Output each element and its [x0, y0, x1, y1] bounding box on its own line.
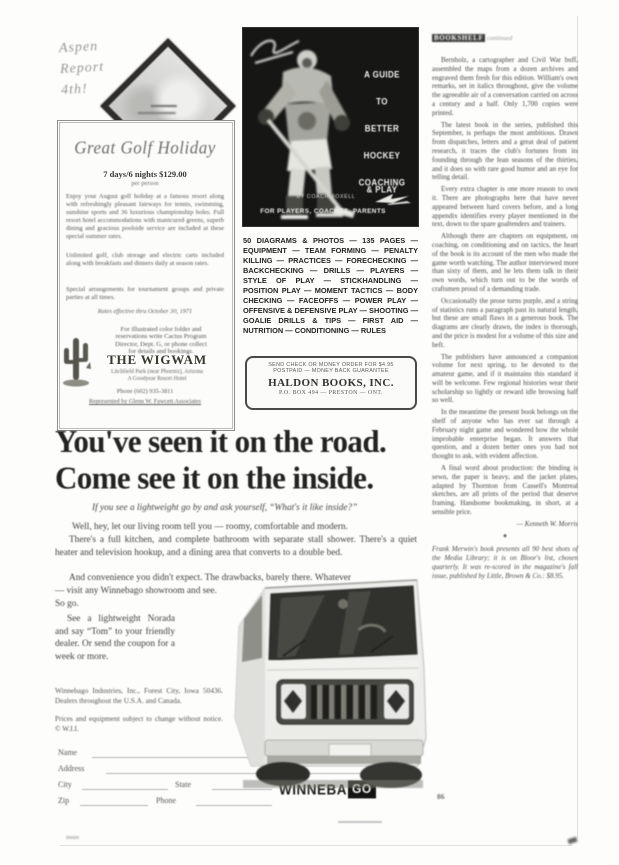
winnebago-paragraph-5: See a lightweight Norada and say “Tom” t…: [55, 613, 175, 663]
golf-ad-headline: Great Golf Holiday: [62, 138, 228, 159]
coupon-zip-rule: [80, 805, 148, 806]
golf-ad-offer: 7 days/6 nights $129.00: [62, 169, 228, 179]
scan-edge-bottom: [60, 845, 572, 846]
golf-contact-line: Director, Dept. G, or phone collect: [96, 341, 226, 348]
wing-emblem-icon: [373, 192, 413, 206]
article-body: Bernholz, a cartographer and Civil War b…: [432, 56, 578, 816]
article-paragraph: Occasionally the prose turns purple, and…: [432, 297, 578, 350]
article-paragraph: The publishers have announced a companio…: [432, 353, 578, 406]
article-paragraph: Every extra chapter is one more reason t…: [432, 185, 578, 229]
article-ornament: ◆: [432, 533, 578, 542]
hockey-title-line: A GUIDE: [347, 69, 417, 79]
coupon-phone-label: Phone: [156, 796, 176, 805]
winnebago-paragraph-1: Well, hey, let our living room tell you …: [72, 521, 416, 534]
article-header-note: continued: [487, 35, 512, 42]
scanned-magazine-page: { "page": { "number": "86" }, "handwritt…: [0, 0, 619, 865]
winnebago-paragraph-7: Prices and equipment subject to change w…: [55, 714, 223, 733]
article-paragraph: In the meantime the present book belongs…: [432, 408, 578, 461]
haldon-order-line-2: POSTPAID — MONEY BACK GUARANTEE: [247, 368, 415, 374]
wigwam-tagline: A Goodyear Resort Hotel: [88, 376, 226, 382]
coupon-state-label: State: [175, 780, 191, 789]
wigwam-brand: THE WIGWAM: [88, 352, 226, 368]
golf-ad-contact-lines: For illustrated color folder and reserva…: [96, 326, 226, 355]
golf-ad-rep-line: Represented by Glenn W. Fawcett Associat…: [66, 398, 224, 405]
motorhome-photo: [221, 568, 433, 790]
golf-ad-phone: Phone (602) 935-3811: [66, 388, 224, 395]
haldon-publisher-name: HALDON BOOKS, INC.: [247, 377, 415, 389]
golf-contact-line: reservations write Cactus Program: [96, 333, 226, 340]
article-running-head: BOOKSHELF continued: [432, 34, 578, 42]
page-number: 86: [437, 792, 445, 801]
golf-ad-body-1: Enjoy your August golf holiday at a famo…: [66, 193, 224, 241]
article-header-title: BOOKSHELF: [432, 34, 485, 42]
hockey-title-line: TO: [347, 96, 417, 106]
hockey-book-ad: A GUIDE TO BETTER HOCKEY COACHING & PLAY…: [243, 28, 418, 226]
article-paragraph: Bernholz, a cartographer and Civil War b…: [432, 56, 578, 118]
haldon-address: P.O. BOX 494 — PRESTON — ONT.: [247, 390, 415, 396]
article-paragraph: Although there are chapters on equipment…: [432, 232, 578, 294]
article-paragraph: The latest book in the series, published…: [432, 121, 578, 183]
winnebago-paragraph-4: So go.: [55, 598, 175, 611]
golf-ad-body-2: Unlimited golf, club storage and electri…: [66, 252, 224, 268]
coupon-name-label: Name: [58, 748, 77, 757]
diamond-caption-smudge: [138, 112, 176, 114]
hockey-audience-line: FOR PLAYERS, COACHES, PARENTS: [243, 208, 403, 215]
winnebago-paragraph-2: There's a full kitchen, and complete bat…: [55, 534, 417, 559]
hockey-byline: BY COACH BOXELL: [261, 194, 391, 200]
article-paragraph: A final word about production: the bindi…: [432, 464, 578, 517]
article-closing-note: Frank Merwin's book presents all 90 best…: [432, 545, 578, 580]
golf-ad-body-3: Special arrangements for tournament grou…: [66, 286, 224, 302]
hockey-title-line: HOCKEY: [347, 150, 417, 160]
hockey-topics-text: 50 DIAGRAMS & PHOTOS — 135 PAGES — EQUIP…: [243, 236, 418, 336]
coupon-address-label: Address: [58, 764, 84, 773]
hockey-title-line: BETTER: [347, 123, 417, 133]
golf-ad-note: Rates effective thru October 30, 1971: [66, 308, 224, 315]
coupon-zip-label: Zip: [58, 796, 69, 805]
coupon-city-rule: [82, 789, 168, 790]
diamond-caption-smudge: [151, 105, 177, 107]
winnebago-headline: You've seen it on the road. Come see it …: [55, 423, 427, 496]
haldon-books-box: SEND CHECK OR MONEY ORDER FOR $4.95 POST…: [245, 356, 417, 410]
winnebago-intro: If you see a lightweight go by and ask y…: [92, 502, 418, 514]
article-byline: — Kenneth W. Morris: [432, 520, 578, 529]
winnebago-paragraph-6: Winnebago Industries, Inc., Forest City,…: [55, 686, 223, 705]
scan-corner-mark: [567, 837, 577, 845]
winnebago-headline-line-1: You've seen it on the road.: [55, 423, 427, 460]
wigwam-address: Litchfield Park (near Phoenix), Arizona: [88, 369, 226, 375]
coupon-city-label: City: [58, 780, 72, 789]
winnebago-headline-line-2: Come see it on the inside.: [55, 460, 427, 497]
golf-contact-line: For illustrated color folder and: [96, 326, 226, 333]
autograph-signature: [251, 41, 299, 63]
coupon-phone-rule: [196, 805, 272, 806]
golf-ad-offer-unit: per person: [62, 180, 228, 187]
footer-dash: [338, 821, 382, 823]
footer-mark: [66, 836, 79, 839]
